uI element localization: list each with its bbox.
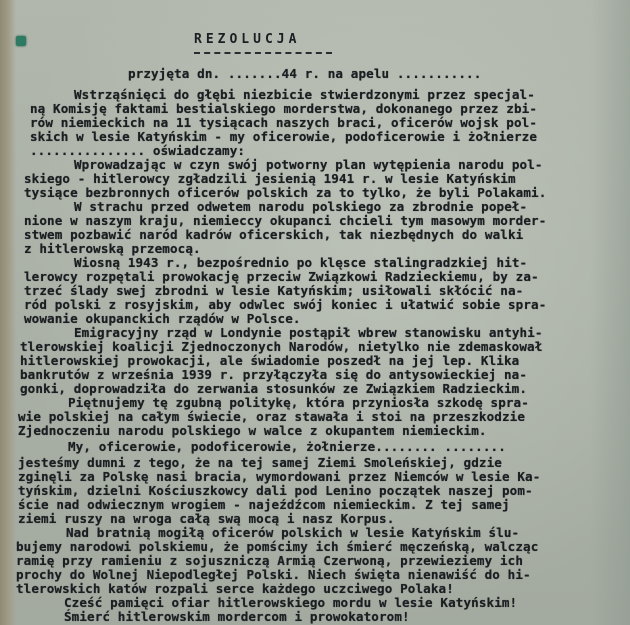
document-page: REZOLUCJA przyjęta dn. .......44 r. na a…	[0, 0, 630, 625]
text-line: tlerowskich katów rozpali serce każdego …	[16, 582, 454, 596]
text-line: ramię przy ramieniu z sojuszniczą Armią …	[16, 554, 523, 568]
title-underline	[194, 52, 332, 54]
text-line: tyńskim, dzielni Kościuszkowcy dali pod …	[18, 484, 533, 498]
text-line: Wstrząśnięci do głębi niezbicie stwierdz…	[74, 88, 535, 102]
text-line: Wprowadzając w czyn swój potworny plan w…	[74, 158, 543, 172]
text-line: Nad bratnią mogiłą oficerów polskich w l…	[66, 526, 519, 540]
text-line: Emigracyjny rząd w Londynie postąpił wbr…	[74, 326, 543, 340]
text-line: trzeć ślady swej zbrodni w lesie Katyńsk…	[24, 284, 523, 298]
text-line: W strachu przed odwetem narodu polskiego…	[74, 200, 527, 214]
text-line: jesteśmy dumni z tego, że na tej samej Z…	[18, 456, 502, 470]
text-line: ście nad odwiecznym wrogiem - najeźdźcom…	[18, 498, 510, 512]
text-line: ród polski z rosyjskim, aby odwlec swój …	[24, 298, 546, 312]
text-line: wie polskiej na całym świecie, oraz staw…	[18, 410, 525, 424]
paper-edge	[0, 0, 16, 625]
text-line: Wiosną 1943 r., bezpośrednio po klęsce s…	[74, 256, 527, 270]
text-line: tysiące bezbronnych oficerów polskich za…	[24, 186, 546, 200]
text-line: My, oficerowie, podoficerowie, żołnierze…	[68, 440, 506, 454]
text-line: wowanie okupanckich rządów w Polsce.	[24, 312, 301, 326]
text-line: gonki, doprowadziła do zerwania stosunkó…	[20, 382, 527, 396]
text-line: ną Komisję faktami bestialskiego morders…	[30, 102, 537, 116]
text-line: Zjednoczeniu narodu polskiego w walce z …	[18, 424, 487, 438]
text-line: bujemy narodowi polskiemu, że pomścimy i…	[16, 540, 538, 554]
document-title: REZOLUCJA	[194, 32, 300, 47]
text-line: ............... oświadczamy:	[30, 144, 245, 158]
text-line: skiego - hitlerowcy zgładzili jesienią 1…	[24, 172, 516, 186]
text-line: zginęli za Polskę nasi bracia, wymordowa…	[18, 470, 540, 484]
text-line: tlerowskiej koalicji Zjednoczonych Narod…	[20, 340, 542, 354]
text-line: stwem pozbawić naród kadrów oficerskich,…	[24, 228, 523, 242]
text-line: Cześć pamięci ofiar hitlerowskiego mordu…	[64, 596, 517, 610]
paper-shadow	[590, 0, 630, 625]
text-line: skich w lesie Katyńskim - my oficerowie,…	[30, 130, 537, 144]
document-subtitle: przyjęta dn. .......44 r. na apelu .....…	[128, 67, 481, 81]
text-line: lerowcy rozpętali prowokację przeciw Zwi…	[24, 270, 539, 284]
text-line: prochy do Wolnej Niepodległej Polski. Ni…	[16, 568, 531, 582]
text-line: nione w naszym kraju, niemieccy okupanci…	[24, 214, 546, 228]
text-line: hitlerowskiej prowokacji, ale świadomie …	[20, 354, 519, 368]
text-line: bankrutów z września 1939 r. przyłączyła…	[20, 368, 527, 382]
text-line: z hitlerowską przemocą.	[24, 242, 201, 256]
text-line: rów niemieckich na 11 tysiącach naszych …	[30, 116, 537, 130]
text-line: ziemi ruszy na wroga całą swą mocą i nas…	[18, 512, 394, 526]
text-line: Piętnujemy tę zgubną politykę, która prz…	[68, 396, 529, 410]
text-line: Śmierć hitlerowskim mordercom i prowokat…	[64, 610, 410, 624]
pin-icon	[16, 36, 26, 46]
